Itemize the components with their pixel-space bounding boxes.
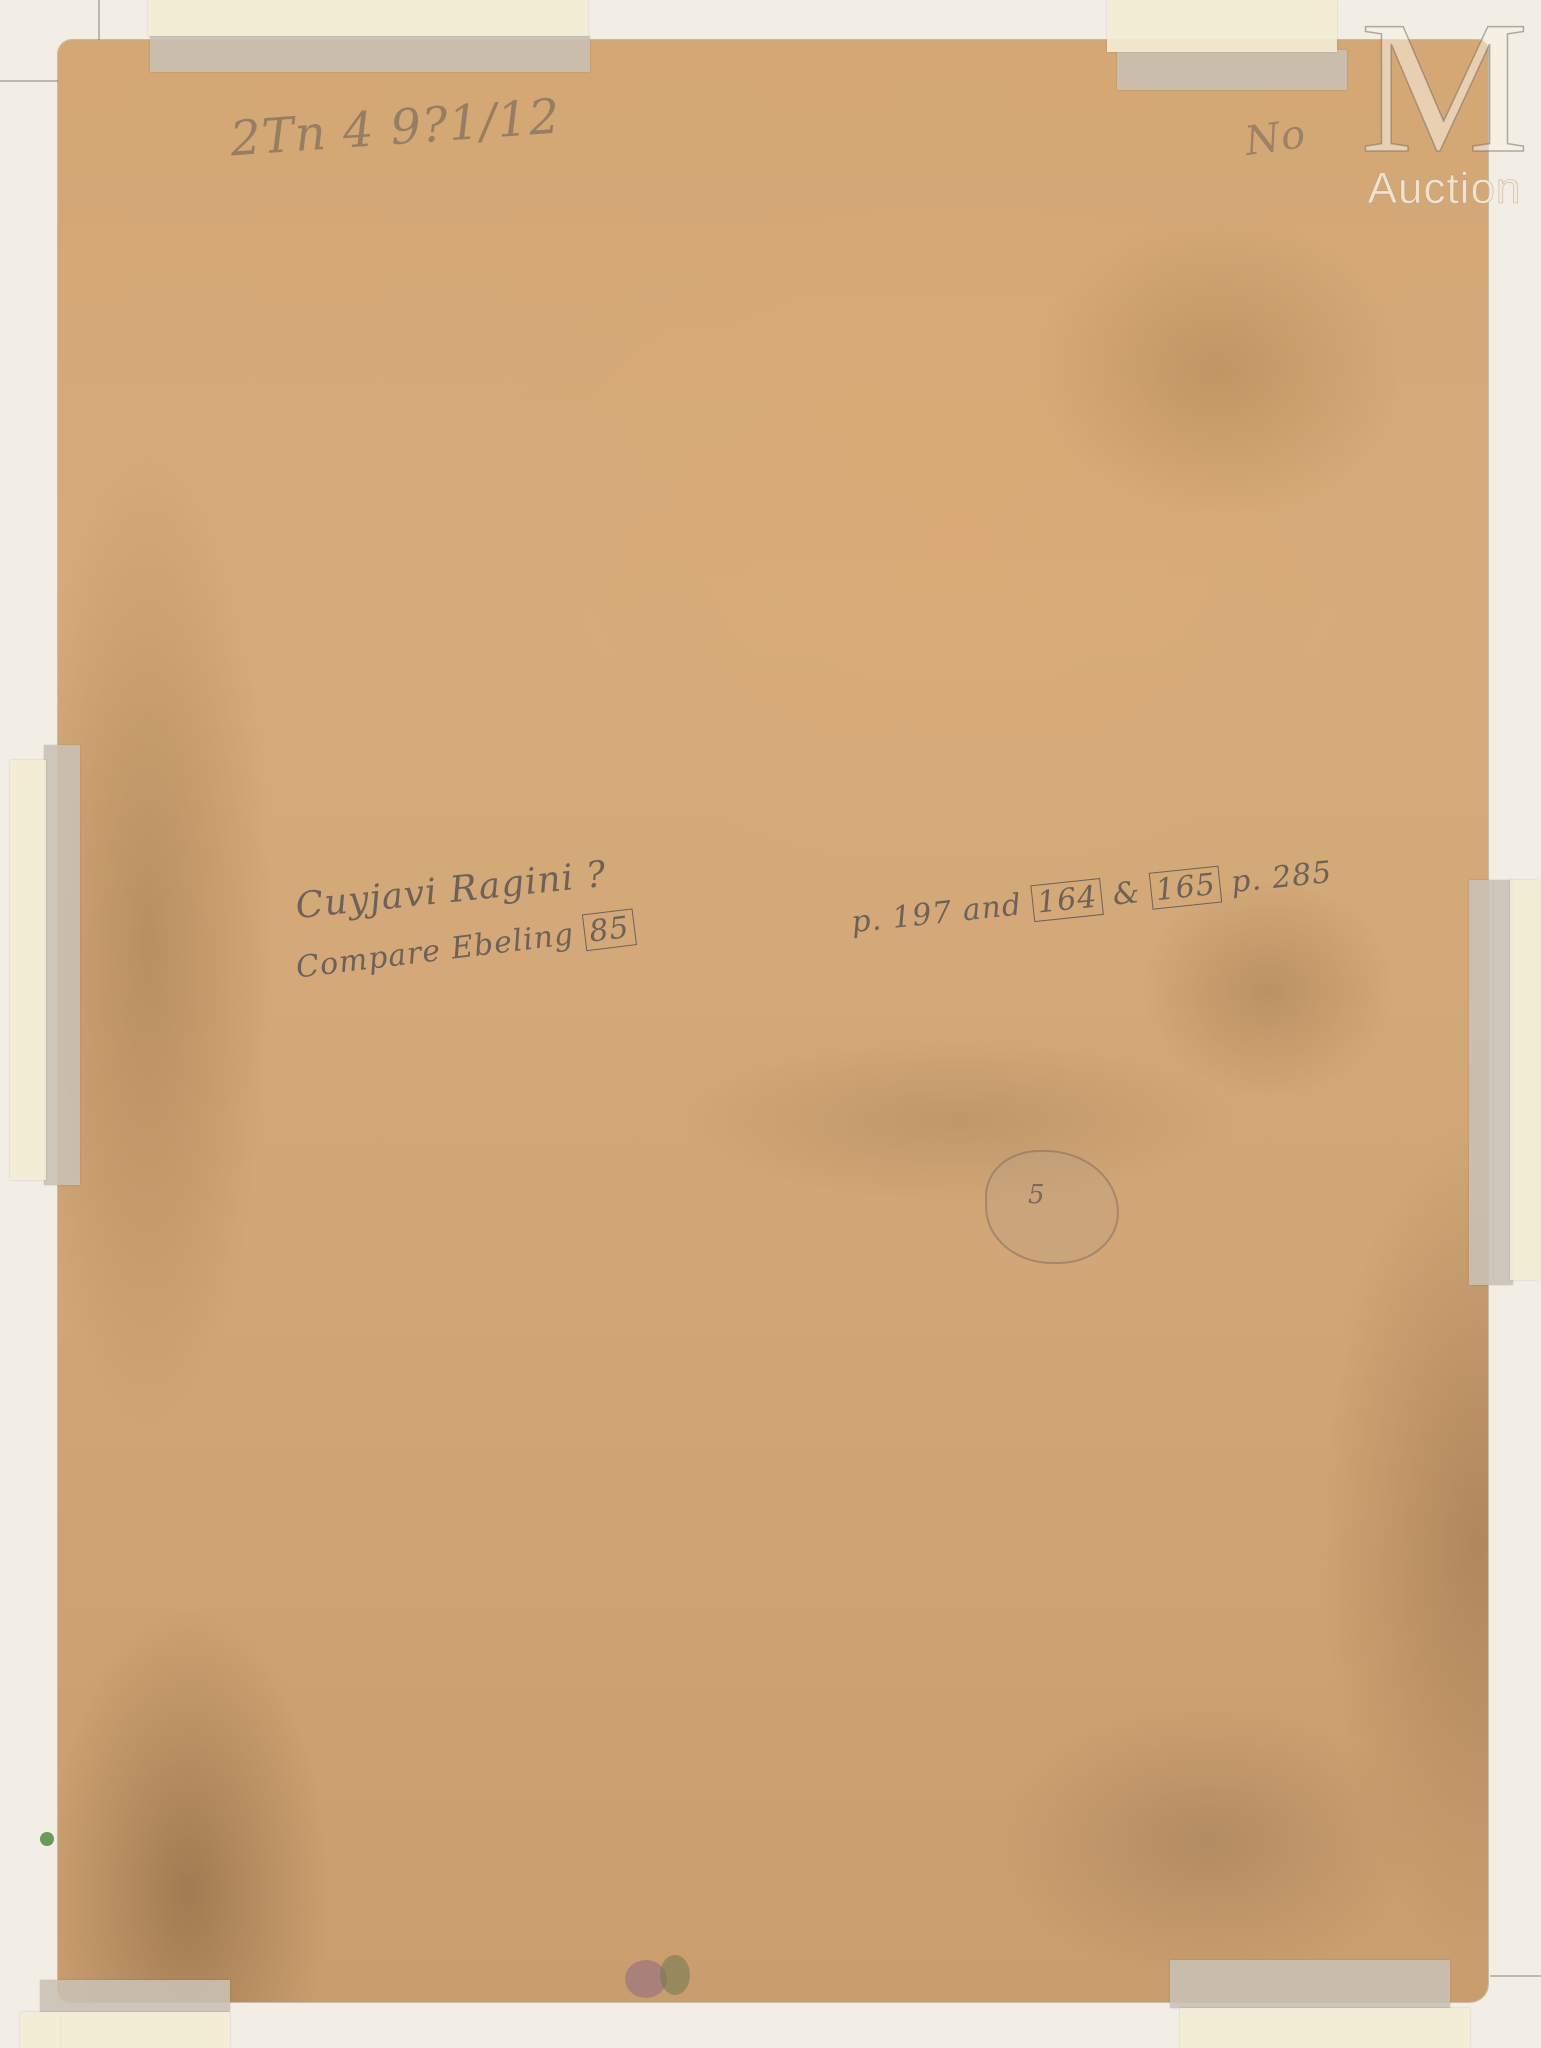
hinge-tape-right <box>1469 880 1513 1285</box>
hinge-tape-top-left <box>150 36 590 72</box>
hinge-tape-top-right <box>1117 50 1347 90</box>
ampersand-text: & <box>1111 875 1142 913</box>
auction-watermark: M Auction <box>1360 8 1529 214</box>
green-paint-spot <box>40 1832 54 1846</box>
hinge-tape-right-cream <box>1510 880 1541 1280</box>
hinge-tape-top-left-cream <box>148 0 588 36</box>
watermark-brand-text: Auction <box>1360 164 1529 214</box>
hinge-tape-left-cream <box>10 760 46 1180</box>
hinge-tape-bottom-left-cream <box>20 2012 230 2048</box>
hinge-tape-bottom-right-cream <box>1180 2008 1470 2048</box>
watermark-m-logo: M <box>1360 8 1529 168</box>
reference-box-85: 85 <box>582 908 636 951</box>
paper-sheet-verso <box>58 40 1488 2002</box>
guide-line <box>1490 1975 1541 1977</box>
hinge-tape-bottom-right <box>1170 1960 1450 2008</box>
reference-box-165: 165 <box>1149 866 1223 910</box>
reference-box-164: 164 <box>1030 878 1104 922</box>
small-mark-note: 5 <box>1028 1180 1046 1210</box>
olive-paint-spot <box>660 1955 690 1995</box>
hinge-tape-left <box>44 745 80 1185</box>
hinge-tape-top-right-cream <box>1107 0 1337 52</box>
number-note-top-right: No <box>1242 111 1309 165</box>
hinge-tape-bottom-left <box>40 1980 230 2012</box>
